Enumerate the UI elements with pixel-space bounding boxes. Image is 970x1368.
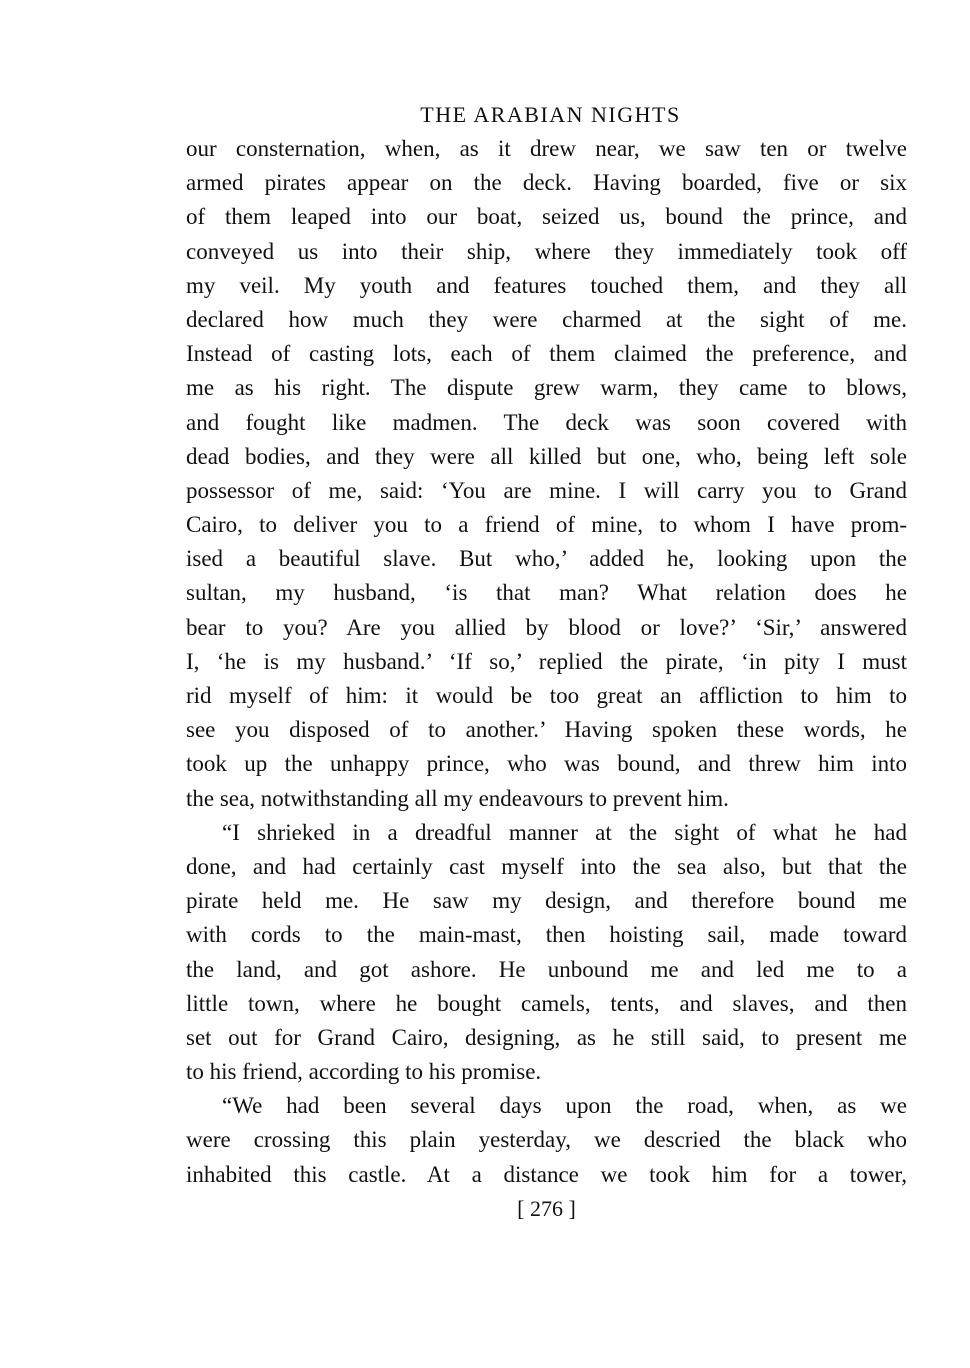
text-line: possessor of me, said: ‘You are mine. I … [186, 474, 907, 508]
text-line: little town, where he bought camels, ten… [186, 987, 907, 1021]
text-line: me as his right. The dispute grew warm, … [186, 371, 907, 405]
text-line: “I shrieked in a dreadful manner at the … [186, 816, 907, 850]
text-line: conveyed us into their ship, where they … [186, 235, 907, 269]
text-line: pirate held me. He saw my design, and th… [186, 884, 907, 918]
text-line: with cords to the main-mast, then hoisti… [186, 918, 907, 952]
page-number: [ 276 ] [186, 1192, 907, 1226]
text-line: bear to you? Are you allied by blood or … [186, 611, 907, 645]
text-line: to his friend, according to his promise. [186, 1055, 907, 1089]
text-line: the land, and got ashore. He unbound me … [186, 953, 907, 987]
body-text: our consternation, when, as it drew near… [186, 132, 907, 1192]
text-line: done, and had certainly cast myself into… [186, 850, 907, 884]
text-line: were crossing this plain yesterday, we d… [186, 1123, 907, 1157]
text-line: ised a beautiful slave. But who,’ added … [186, 542, 907, 576]
text-line: set out for Grand Cairo, designing, as h… [186, 1021, 907, 1055]
text-line: rid myself of him: it would be too great… [186, 679, 907, 713]
book-page: THE ARABIAN NIGHTS our consternation, wh… [186, 98, 907, 1226]
text-line: sultan, my husband, ‘is that man? What r… [186, 576, 907, 610]
text-line: took up the unhappy prince, who was boun… [186, 747, 907, 781]
text-line: I, ‘he is my husband.’ ‘If so,’ replied … [186, 645, 907, 679]
text-line: declared how much they were charmed at t… [186, 303, 907, 337]
text-line: our consternation, when, as it drew near… [186, 132, 907, 166]
text-line: inhabited this castle. At a distance we … [186, 1158, 907, 1192]
text-line: dead bodies, and they were all killed bu… [186, 440, 907, 474]
running-head: THE ARABIAN NIGHTS [186, 98, 907, 132]
text-line: armed pirates appear on the deck. Having… [186, 166, 907, 200]
text-line: and fought like madmen. The deck was soo… [186, 406, 907, 440]
text-line: Cairo, to deliver you to a friend of min… [186, 508, 907, 542]
text-line: my veil. My youth and features touched t… [186, 269, 907, 303]
text-line: Instead of casting lots, each of them cl… [186, 337, 907, 371]
text-line: see you disposed of to another.’ Having … [186, 713, 907, 747]
text-line: of them leaped into our boat, seized us,… [186, 200, 907, 234]
text-line: the sea, notwithstanding all my endeavou… [186, 782, 907, 816]
text-line: “We had been several days upon the road,… [186, 1089, 907, 1123]
